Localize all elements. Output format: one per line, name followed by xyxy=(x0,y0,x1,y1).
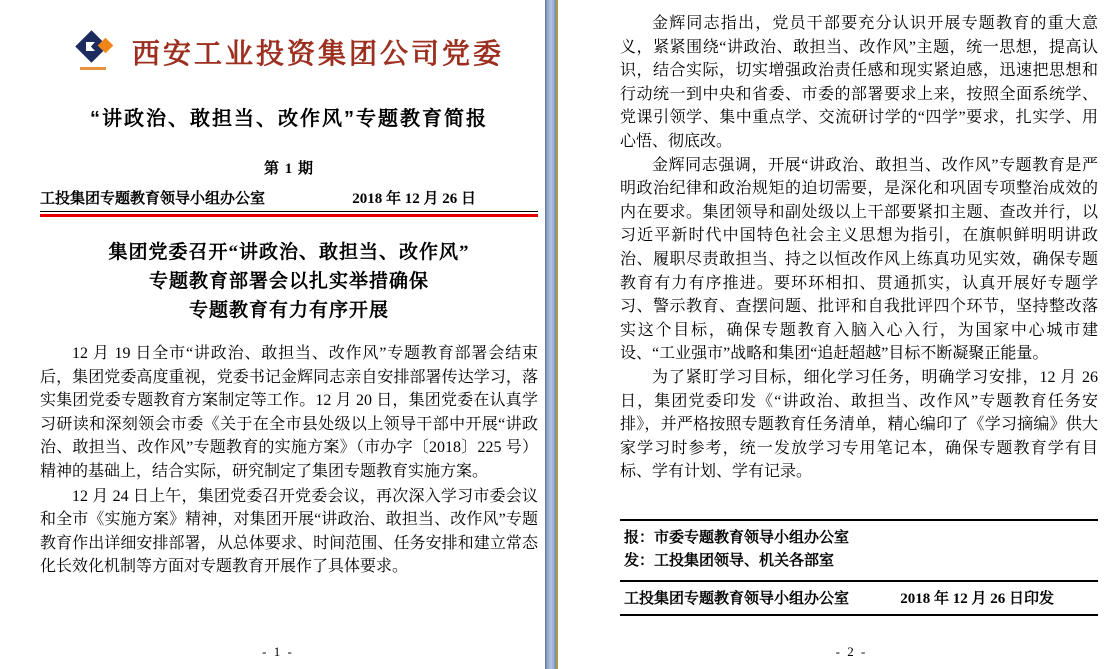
page-number-2: - 2 - xyxy=(561,644,1112,660)
article-title: 集团党委召开“讲政治、敢担当、改作风” 专题教育部署会以扎实举措确保 专题教育有… xyxy=(40,238,538,325)
imprint-office: 工投集团专题教育领导小组办公室 xyxy=(624,587,849,608)
org-title: 西安工业投资集团公司党委 xyxy=(132,32,504,72)
bulletin-subtitle: “讲政治、敢担当、改作风”专题教育简报 xyxy=(40,102,538,131)
imprint-date: 2018 年 12 月 26 日印发 xyxy=(900,587,1054,608)
document-viewer: 西安工业投资集团公司党委 “讲政治、敢担当、改作风”专题教育简报 第 1 期 工… xyxy=(0,0,1112,669)
masthead-red-rule xyxy=(40,214,538,217)
distribute-to-line: 发：工投集团领导、机关各部室 xyxy=(624,550,1098,573)
page-2: 金辉同志指出，党员干部要充分认识开展专题教育的重大意义，紧紧围绕“讲政治、敢担当… xyxy=(561,0,1112,669)
article-title-line-1: 集团党委召开“讲政治、敢担当、改作风” xyxy=(40,238,538,267)
distribution-upper: 报：市委专题教育领导小组办公室 发：工投集团领导、机关各部室 xyxy=(620,521,1098,582)
office-date-row: 工投集团专题教育领导小组办公室 2018 年 12 月 26 日 xyxy=(40,187,538,212)
paragraph: 金辉同志指出，党员干部要充分认识开展专题教育的重大意义，紧紧围绕“讲政治、敢担当… xyxy=(620,12,1098,154)
page-number-1: - 1 - xyxy=(0,644,546,660)
paragraph: 12 月 19 日全市“讲政治、敢担当、改作风”专题教育部署会结束后，集团党委高… xyxy=(40,342,538,484)
imprint-row: 工投集团专题教育领导小组办公室 2018 年 12 月 26 日印发 xyxy=(620,582,1098,616)
masthead: 西安工业投资集团公司党委 xyxy=(40,30,538,74)
page-divider-bar xyxy=(545,0,558,669)
distribution-notes: 报：市委专题教育领导小组办公室 发：工投集团领导、机关各部室 工投集团专题教育领… xyxy=(620,519,1098,616)
page-1: 西安工业投资集团公司党委 “讲政治、敢担当、改作风”专题教育简报 第 1 期 工… xyxy=(0,0,546,669)
paragraph: 金辉同志强调，开展“讲政治、敢担当、改作风”专题教育是严明政治纪律和政治规矩的迫… xyxy=(620,154,1098,366)
paragraph: 12 月 24 日上午，集团党委召开党委会议，再次深入学习市委会议和全市《实施方… xyxy=(40,485,538,579)
company-logo xyxy=(74,30,116,74)
issuing-office: 工投集团专题教育领导小组办公室 xyxy=(40,187,265,208)
article-title-line-2: 专题教育部署会以扎实举措确保 xyxy=(40,267,538,296)
article-body-page-1: 12 月 19 日全市“讲政治、敢担当、改作风”专题教育部署会结束后，集团党委高… xyxy=(40,342,538,579)
report-to-line: 报：市委专题教育领导小组办公室 xyxy=(624,527,1098,550)
issue-number: 第 1 期 xyxy=(40,157,538,178)
paragraph: 为了紧盯学习目标，细化学习任务，明确学习安排，12 月 26 日，集团党委印发《… xyxy=(620,366,1098,484)
issue-date: 2018 年 12 月 26 日 xyxy=(352,187,538,208)
logo-caption xyxy=(80,67,106,70)
article-title-line-3: 专题教育有力有序开展 xyxy=(40,296,538,325)
